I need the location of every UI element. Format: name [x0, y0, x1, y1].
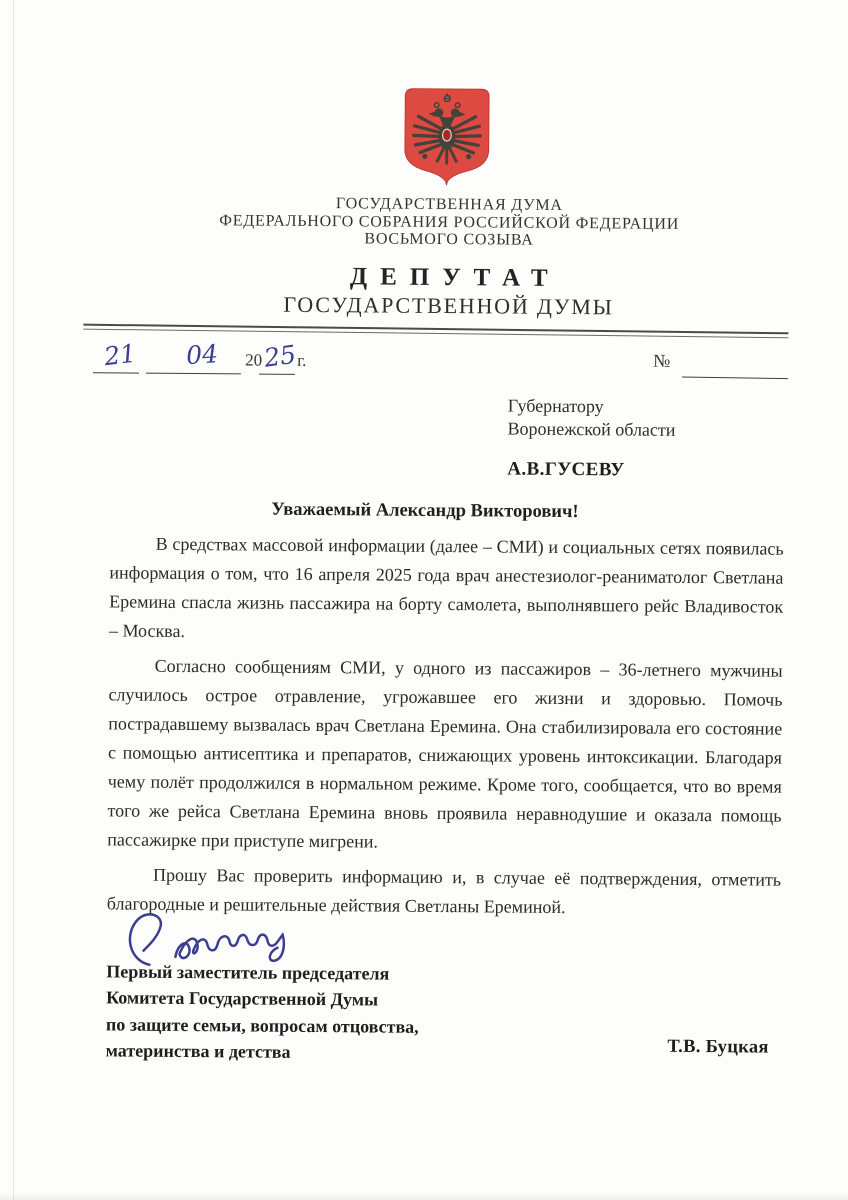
position-line-4: материнства и детства — [106, 1037, 419, 1066]
position-line-2: Комитета Государственной Думы — [106, 984, 419, 1013]
day-blank-line — [93, 372, 139, 373]
signer-position: Первый заместитель председателя Комитета… — [106, 958, 420, 1066]
signer-name: Т.В. Буцкая — [667, 1036, 768, 1058]
paragraph-1: В средствах массовой информации (далее –… — [109, 529, 784, 650]
salutation: Уважаемый Александр Викторович! — [1, 497, 848, 525]
paragraph-3: Прошу Вас проверить информацию и, в случ… — [107, 860, 781, 923]
handwritten-year: 25 — [262, 339, 297, 372]
number-sign: № — [653, 350, 670, 371]
year-blank-line — [259, 373, 295, 374]
russia-coat-of-arms-icon — [402, 87, 491, 187]
date-number-line: 21 04 20 25 г. № — [0, 338, 846, 391]
month-blank-line — [146, 372, 241, 374]
handwritten-month: 04 — [185, 339, 219, 370]
number-blank-line — [682, 376, 788, 379]
position-line-1: Первый заместитель председателя — [106, 958, 419, 987]
handwritten-day: 21 — [103, 338, 138, 370]
letter-title-duma: ГОСУДАРСТВЕННОЙ ДУМЫ — [24, 288, 848, 322]
letterhead — [0, 84, 848, 190]
addressee-title: Губернатору — [508, 394, 846, 420]
addressee-block: Губернатору Воронежской области — [507, 394, 845, 444]
addressee-name: А.В.ГУСЕВУ — [507, 458, 845, 483]
year-suffix: г. — [297, 350, 306, 370]
addressee-region: Воронежской области — [507, 418, 845, 444]
position-line-3: по защите семьи, вопросам отцовства, — [106, 1011, 419, 1040]
paragraph-2: Согласно сообщениям СМИ, у одного из пас… — [107, 651, 783, 859]
letterhead-divider — [83, 323, 788, 338]
org-name-block: ГОСУДАРСТВЕННАЯ ДУМА ФЕДЕРАЛЬНОГО СОБРАН… — [25, 193, 848, 252]
letter-page: ГОСУДАРСТВЕННАЯ ДУМА ФЕДЕРАЛЬНОГО СОБРАН… — [0, 0, 848, 1200]
year-prefix: 20 — [245, 350, 262, 370]
letter-body: В средствах массовой информации (далее –… — [107, 529, 784, 923]
signature-block: Первый заместитель председателя Комитета… — [106, 958, 770, 1069]
scanned-sheet: ГОСУДАРСТВЕННАЯ ДУМА ФЕДЕРАЛЬНОГО СОБРАН… — [0, 0, 848, 1200]
